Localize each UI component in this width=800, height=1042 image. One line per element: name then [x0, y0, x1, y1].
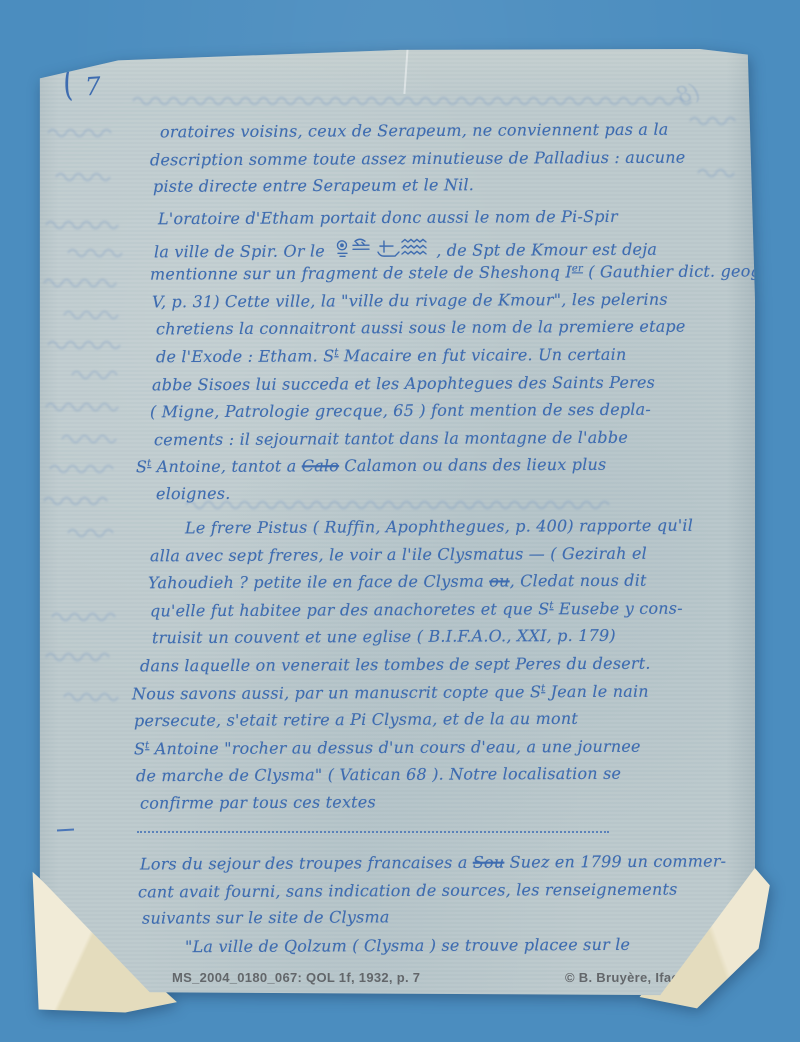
handwritten-text: Eusebe y cons-: [554, 598, 683, 618]
handwritten-text: er: [572, 264, 583, 275]
bleedthrough-mark: [132, 92, 696, 113]
bleedthrough-mark: [45, 648, 119, 669]
handwritten-text: alla avec sept freres, le voir a l'ile C…: [150, 543, 647, 565]
page-number: 7: [84, 71, 102, 101]
bleedthrough-mark: [55, 168, 119, 189]
manuscript-page: ( 7 (8 oratoires voisins, ceux de Serape…: [37, 48, 755, 998]
handwritten-text: , Cledat nous dit: [510, 571, 647, 591]
handwritten-text: chretiens la connaitront aussi sous le n…: [156, 317, 686, 339]
manuscript-line: de l'Exode : Etham. St Macaire en fut vi…: [156, 346, 627, 366]
manuscript-line: cements : il sejournait tantot dans la m…: [154, 429, 628, 449]
handwritten-text: persecute, s'etait retire a Pi Clysma, e…: [134, 709, 578, 730]
handwritten-text: confirme par tous ces textes: [140, 792, 376, 812]
bleedthrough-mark: [45, 216, 124, 237]
handwritten-text: Macaire en fut vicaire. Un certain: [339, 345, 627, 366]
manuscript-line: Le frere Pistus ( Ruffin, Apophthegues, …: [185, 517, 693, 537]
manuscript-line: dans laquelle on venerait les tombes de …: [140, 655, 651, 675]
handwritten-text: Le frere Pistus ( Ruffin, Apophthegues, …: [185, 516, 693, 538]
handwritten-text: L'oratoire d'Etham portait donc aussi le…: [158, 207, 618, 228]
sheet-stack: ( 7 (8 oratoires voisins, ceux de Serape…: [0, 0, 800, 1042]
handwritten-text: mentionne sur un fragment de stele de Sh…: [150, 263, 572, 284]
handwritten-text: suivants sur le site de Clysma: [142, 908, 390, 928]
handwritten-text: Jean le nain: [545, 681, 649, 701]
handwritten-text: , de Spt de Kmour est deja: [436, 239, 657, 259]
manuscript-line: "La ville de Qolzum ( Clysma ) se trouve…: [185, 936, 630, 956]
manuscript-line: alla avec sept freres, le voir a l'ile C…: [150, 544, 647, 564]
manuscript-line: St Antoine "rocher au dessus d'un cours …: [134, 737, 641, 757]
bleedthrough-mark: [63, 688, 122, 709]
handwritten-text: V, p. 31) Cette ville, la "ville du riva…: [152, 289, 668, 311]
copyright-caption: © B. Bruyère, Ifao: [565, 970, 680, 985]
handwritten-text: S: [134, 739, 145, 758]
bleedthrough-mark: [67, 524, 123, 545]
crossed-out-word: Sou: [473, 853, 505, 872]
bleedthrough-mark: [67, 244, 126, 265]
manuscript-line: L'oratoire d'Etham portait donc aussi le…: [158, 208, 618, 228]
handwritten-text: "La ville de Qolzum ( Clysma ) se trouve…: [185, 935, 630, 956]
manuscript-line: suivants sur le site de Clysma: [142, 909, 390, 928]
bleedthrough-mark: [61, 430, 123, 451]
handwritten-text: truisit un couvent et une eglise ( B.I.F…: [152, 626, 616, 647]
dotted-separator: [137, 831, 609, 833]
manuscript-line: persecute, s'etait retire a Pi Clysma, e…: [134, 710, 578, 730]
manuscript-line: piste directe entre Serapeum et le Nil.: [153, 176, 474, 195]
handwritten-text: de l'Exode : Etham. S: [156, 346, 334, 366]
manuscript-line: de marche de Clysma" ( Vatican 68 ). Not…: [136, 765, 621, 785]
handwritten-text: ( Gauthier dict. geog.: [583, 262, 766, 282]
bleedthrough-mark: [689, 112, 745, 133]
hieroglyph-group: [334, 236, 432, 264]
manuscript-line: Nous savons aussi, par un manuscrit copt…: [132, 682, 649, 702]
bleedthrough-mark: [43, 492, 113, 513]
page-number-bracket: (: [60, 55, 76, 105]
crossed-out-word: ou: [489, 572, 509, 591]
manuscript-line: abbe Sisoes lui succeda et les Apophtegu…: [152, 373, 655, 393]
handwritten-text: eloignes.: [156, 484, 231, 503]
manuscript-line: ( Migne, Patrologie grecque, 65 ) font m…: [150, 401, 651, 421]
paper-crease: [403, 48, 408, 94]
bleedthrough-mark: [185, 496, 619, 517]
bleedthrough-mark: [697, 164, 743, 185]
bleedthrough-mark: [45, 398, 127, 419]
manuscript-line: description somme toute assez minutieuse…: [150, 148, 685, 168]
bleedthrough-mark: [49, 460, 123, 481]
manuscript-line: la ville de Spir. Or le , de Spt de Kmou…: [154, 235, 657, 265]
bleedthrough-mark: [47, 336, 123, 357]
bleedthrough-mark: [51, 608, 119, 629]
crossed-out-word: Calo: [302, 457, 339, 476]
manuscript-line: eloignes.: [156, 485, 231, 503]
margin-dash: [57, 829, 74, 832]
manuscript-line: chretiens la connaitront aussi sous le n…: [156, 318, 686, 338]
bleedthrough-mark: [43, 274, 127, 295]
manuscript-line: Yahoudieh ? petite ile en face de Clysma…: [148, 572, 647, 592]
archive-reference-caption: MS_2004_0180_067: QOL 1f, 1932, p. 7: [172, 970, 420, 985]
handwritten-text: S: [136, 458, 147, 477]
handwritten-text: Yahoudieh ? petite ile en face de Clysma: [148, 572, 489, 593]
manuscript-line: oratoires voisins, ceux de Serapeum, ne …: [160, 121, 669, 141]
handwritten-text: Lors du sejour des troupes francaises a: [140, 853, 473, 874]
handwritten-text: cant avait fourni, sans indication de so…: [138, 879, 678, 901]
manuscript-line: truisit un couvent et une eglise ( B.I.F…: [152, 627, 616, 647]
handwritten-text: la ville de Spir. Or le: [154, 241, 330, 261]
manuscript-line: St Antoine, tantot a Calo Calamon ou dan…: [136, 456, 607, 476]
handwritten-text: abbe Sisoes lui succeda et les Apophtegu…: [152, 372, 655, 394]
handwritten-text: Suez en 1799 un commer-: [504, 851, 726, 871]
manuscript-line: cant avait fourni, sans indication de so…: [138, 880, 678, 900]
handwritten-text: Antoine "rocher au dessus d'un cours d'e…: [149, 736, 640, 758]
handwritten-text: Antoine, tantot a: [151, 457, 301, 477]
handwritten-text: ( Migne, Patrologie grecque, 65 ) font m…: [150, 400, 651, 422]
manuscript-line: Lors du sejour des troupes francaises a …: [140, 852, 726, 873]
handwritten-text: de marche de Clysma" ( Vatican 68 ). Not…: [136, 764, 621, 786]
manuscript-line: confirme par tous ces textes: [140, 793, 376, 812]
bleedthrough-mark: [47, 124, 121, 145]
manuscript-line: qu'elle fut habitee par des anachoretes …: [150, 599, 683, 619]
bleedthrough-mark: [71, 366, 125, 387]
handwritten-text: Calamon ou dans des lieux plus: [339, 455, 606, 475]
handwritten-text: dans laquelle on venerait les tombes de …: [140, 654, 651, 676]
bleedthrough-mark: [63, 306, 127, 327]
handwritten-text: cements : il sejournait tantot dans la m…: [154, 428, 628, 449]
manuscript-line: mentionne sur un fragment de stele de Sh…: [150, 263, 766, 284]
handwritten-text: qu'elle fut habitee par des anachoretes …: [150, 599, 549, 620]
handwritten-text: Nous savons aussi, par un manuscrit copt…: [132, 682, 541, 703]
handwritten-text: description somme toute assez minutieuse…: [150, 147, 685, 169]
photo-background: ( 7 (8 oratoires voisins, ceux de Serape…: [0, 0, 800, 1042]
manuscript-line: V, p. 31) Cette ville, la "ville du riva…: [152, 290, 668, 310]
handwritten-text: oratoires voisins, ceux de Serapeum, ne …: [160, 120, 669, 142]
handwritten-text: piste directe entre Serapeum et le Nil.: [153, 175, 474, 196]
